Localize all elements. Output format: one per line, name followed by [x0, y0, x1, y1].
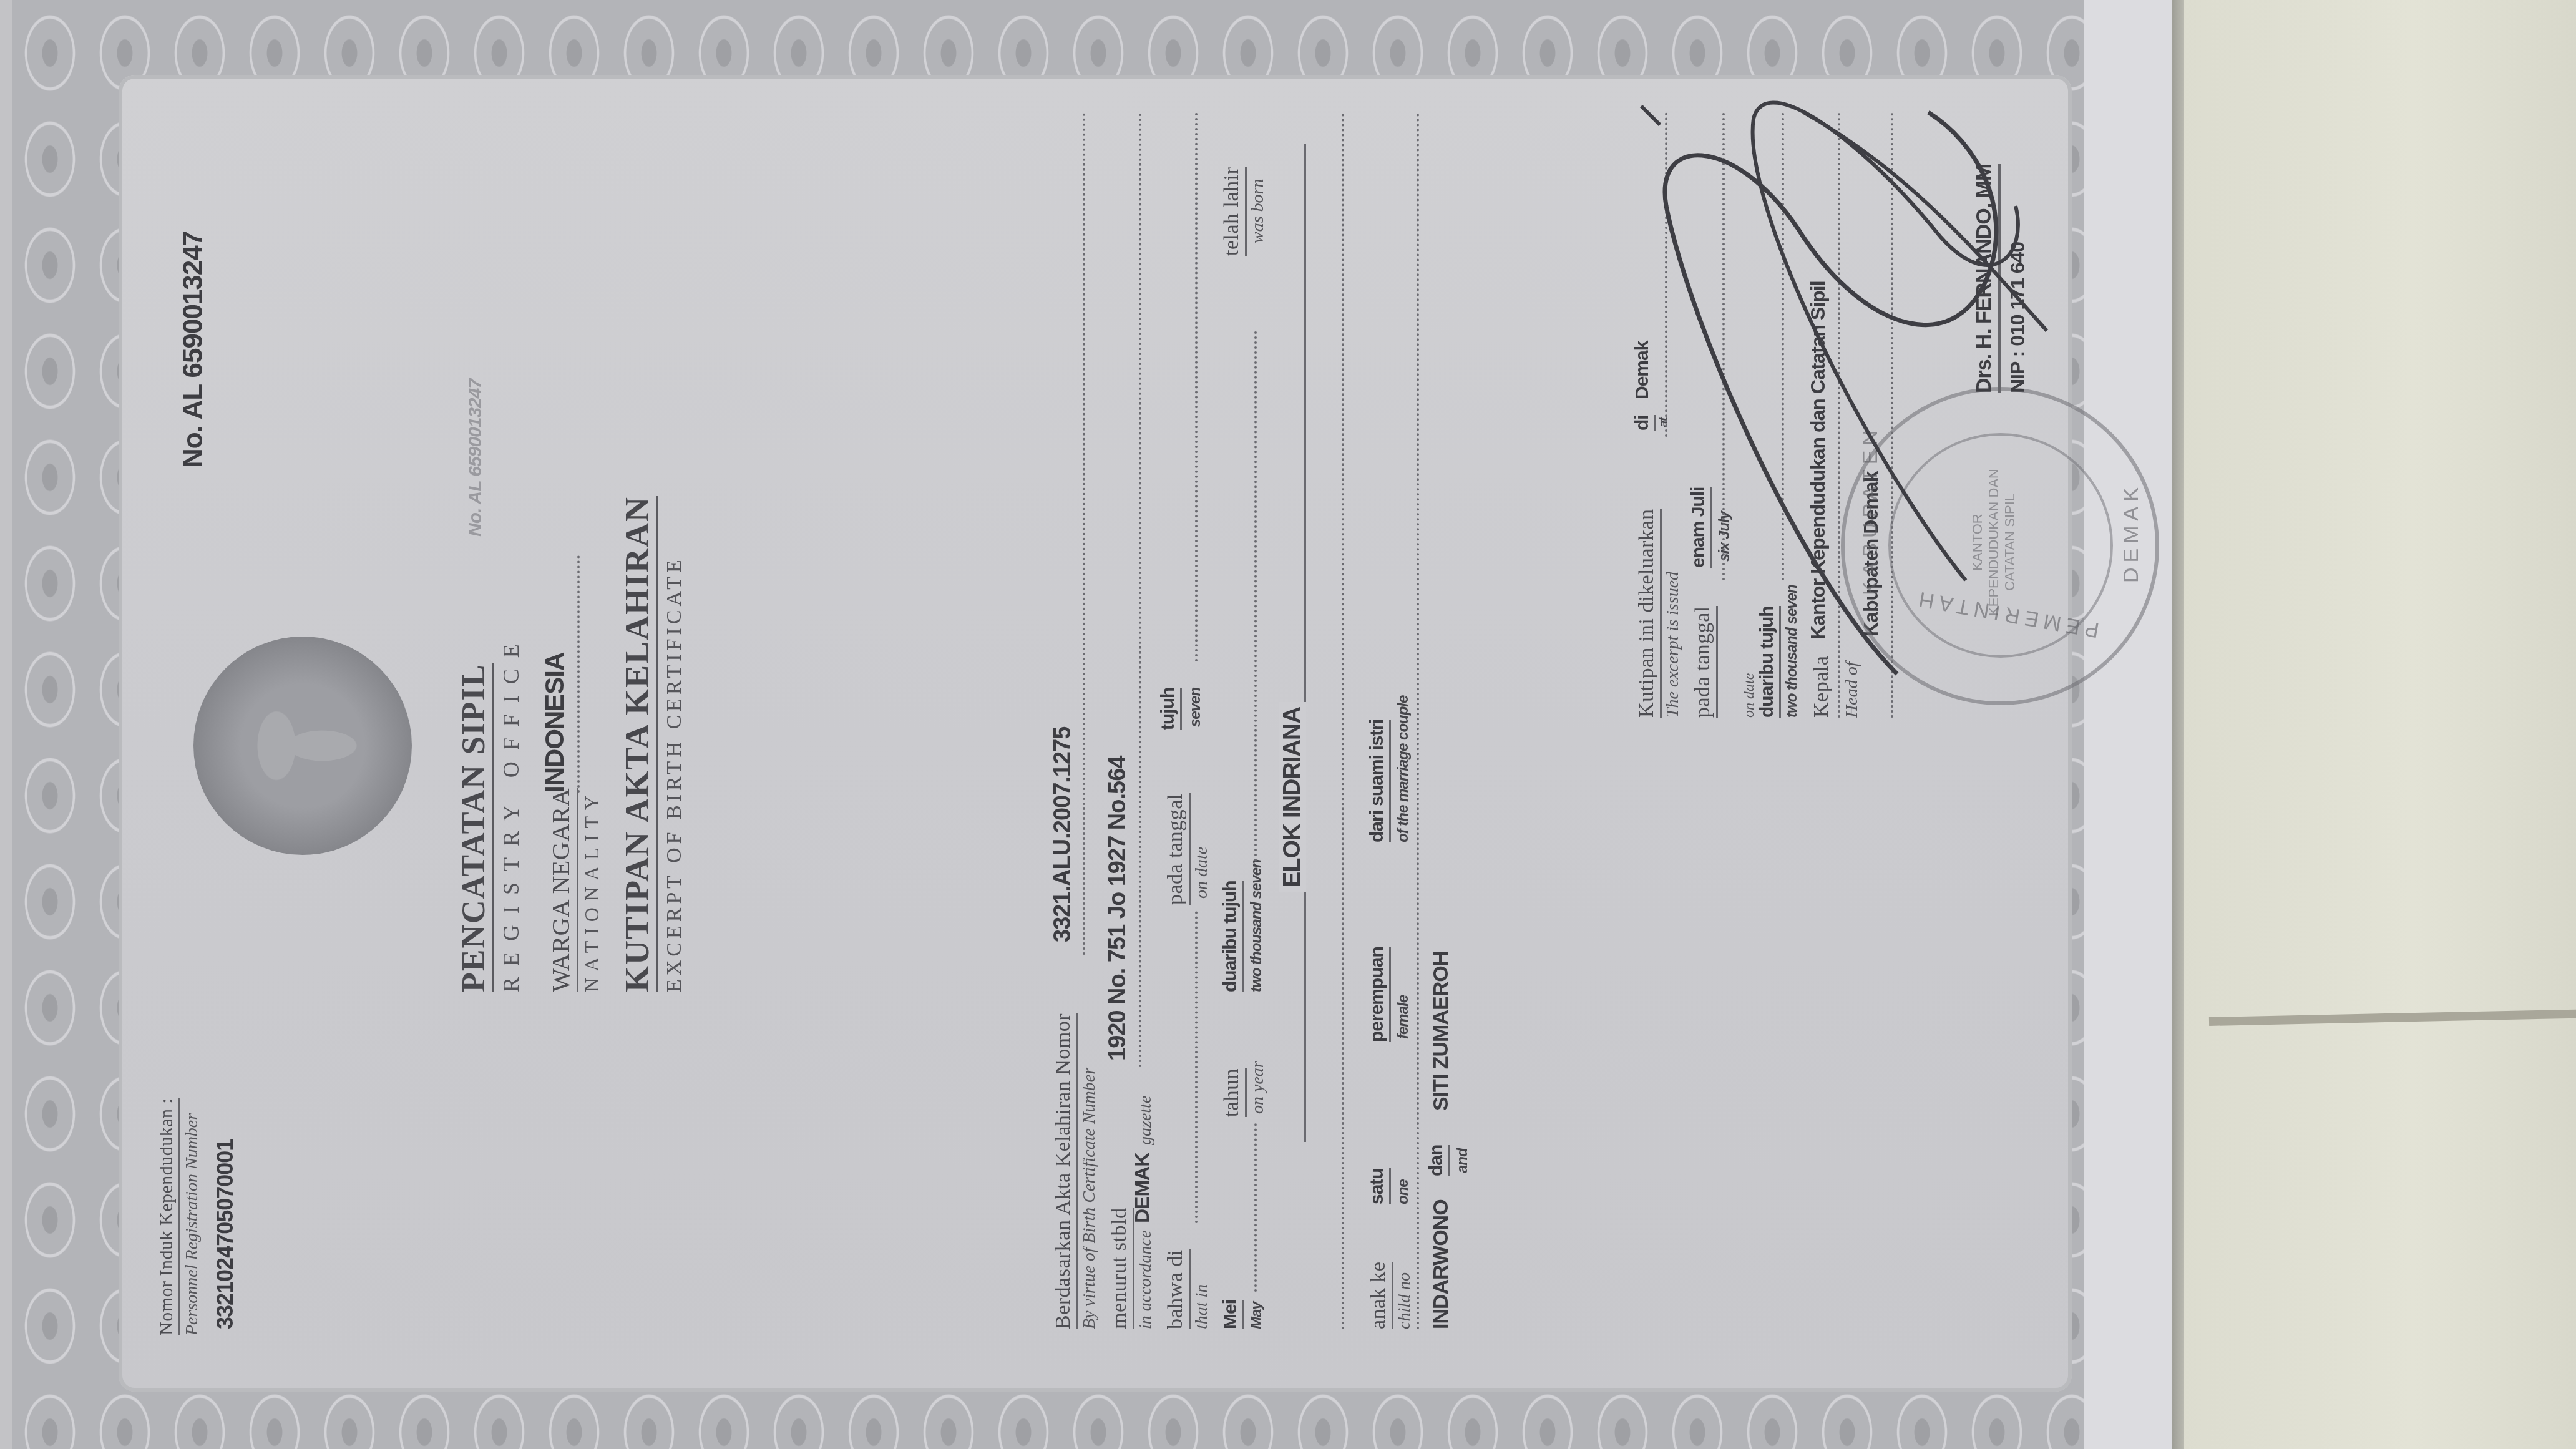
floor-background: [2172, 0, 2576, 1449]
certificate-content: Nomor Induk Kependudukan : Personnel Reg…: [119, 75, 2072, 1392]
signature-stroke-icon: [119, 75, 2072, 1392]
sheet-margin: [2084, 0, 2172, 1449]
stamp-ring-bottom: DEMAK: [2119, 482, 2144, 583]
